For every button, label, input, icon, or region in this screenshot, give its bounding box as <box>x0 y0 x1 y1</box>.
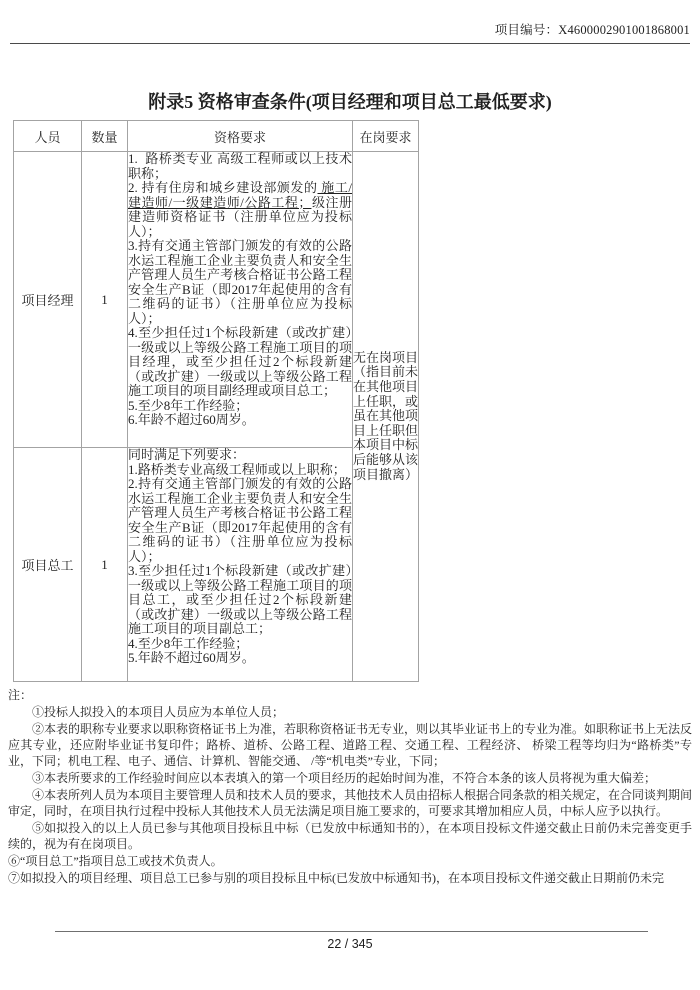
person-cell: 项目经理 <box>14 152 82 448</box>
note-item-4: ④本表所列人员为本项目主要管理人员和技术人员的要求，其他技术人员由招标人根据合同… <box>8 787 692 819</box>
note-item-7: ⑦如拟投入的项目经理、项目总工已参与别的项目投标且中标(已发放中标通知书)，在本… <box>8 870 692 886</box>
requirements-text: 同时满足下列要求： 1.路桥类专业高级工程师或以上职称； 2.持有交通主管部门颁… <box>128 447 352 665</box>
page-header: 项目编号：X4600002901001868001 <box>10 20 690 44</box>
table-header-row: 人员 数量 资格要求 在岗要求 <box>14 121 419 152</box>
footer-divider <box>55 931 648 932</box>
col-header-onduty: 在岗要求 <box>353 121 419 152</box>
requirements-text: 级注册建造师资格证书（注册单位应为投标人）； 3.持有交通主管部门颁发的有效的公… <box>128 195 352 428</box>
page-title: 附录5 资格审查条件(项目经理和项目总工最低要求) <box>0 88 700 114</box>
quantity-cell: 1 <box>82 152 128 448</box>
document-page: 项目编号：X4600002901001868001 附录5 资格审查条件(项目经… <box>0 0 700 990</box>
requirements-cell: 同时满足下列要求： 1.路桥类专业高级工程师或以上职称； 2.持有交通主管部门颁… <box>128 448 353 682</box>
notes-label: 注： <box>8 687 692 703</box>
table-row-project-manager: 项目经理 1 1. 路桥类专业 高级工程师或以上技术职称； 2. 持有住房和城乡… <box>14 152 419 448</box>
notes-section: 注： ①投标人拟投入的本项目人员应为本单位人员； ②本表的职称专业要求以职称资格… <box>8 687 692 887</box>
project-number: 项目编号：X4600002901001868001 <box>495 23 690 37</box>
note-item-2: ②本表的职称专业要求以职称资格证书上为准，若职称资格证书无专业，则以其毕业证书上… <box>8 721 692 769</box>
col-header-requirements: 资格要求 <box>128 121 353 152</box>
col-header-person: 人员 <box>14 121 82 152</box>
page-number: 22 / 345 <box>0 937 700 951</box>
note-item-3: ③本表所要求的工作经验时间应以本表填入的第一个项目经历的起始时间为准，不符合本条… <box>8 770 692 786</box>
requirements-cell: 1. 路桥类专业 高级工程师或以上技术职称； 2. 持有住房和城乡建设部颁发的 … <box>128 152 353 448</box>
onduty-cell: 无在岗项目（指目前未在其他项目上任职，或虽在其他项目上任职但本项目中标后能够从该… <box>353 152 419 682</box>
person-cell: 项目总工 <box>14 448 82 682</box>
note-item-5: ⑤如拟投入的以上人员已参与其他项目投标且中标（已发放中标通知书的），在本项目投标… <box>8 820 692 852</box>
col-header-quantity: 数量 <box>82 121 128 152</box>
qualification-table: 人员 数量 资格要求 在岗要求 项目经理 1 1. 路桥类专业 高级工程师或以上… <box>13 120 419 682</box>
note-item-1: ①投标人拟投入的本项目人员应为本单位人员； <box>8 704 692 720</box>
note-item-6: ⑥“项目总工”指项目总工或技术负责人。 <box>8 853 692 869</box>
quantity-cell: 1 <box>82 448 128 682</box>
